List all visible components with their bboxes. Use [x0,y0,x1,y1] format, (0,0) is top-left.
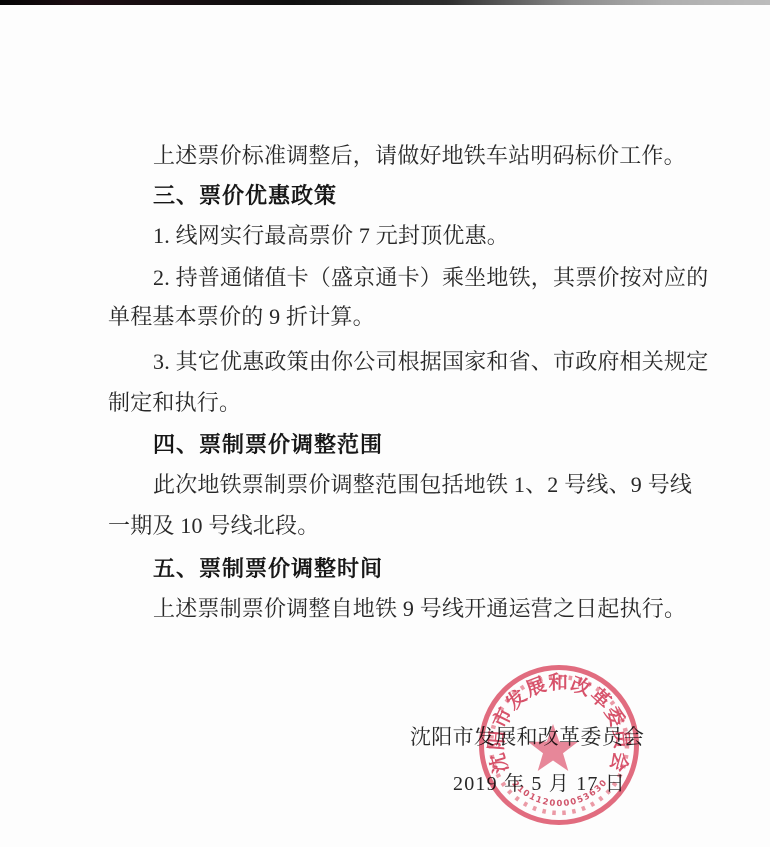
paragraph-line-cont: 一期及 10 号线北段。 [108,511,319,541]
scanned-document-page: 上述票价标准调整后，请做好地铁车站明码标价工作。 三、票价优惠政策 1. 线网实… [0,0,770,847]
official-seal: 沈阳市发展和改革委员会 210112000053630 [464,650,654,840]
list-item-2: 2. 持普通储值卡（盛京通卡）乘坐地铁，其票价按对应的 [153,263,708,293]
seal-star-icon [528,724,577,771]
paragraph-line: 上述票价标准调整后，请做好地铁车站明码标价工作。 [153,141,686,171]
list-item-1: 1. 线网实行最高票价 7 元封顶优惠。 [153,221,509,251]
paragraph-line: 上述票制票价调整自地铁 9 号线开通运营之日起执行。 [153,594,686,624]
list-item-3: 3. 其它优惠政策由你公司根据国家和省、市政府相关规定 [153,347,708,377]
section-heading-four: 四、票制票价调整范围 [153,430,383,460]
paragraph-line: 此次地铁票制票价调整范围包括地铁 1、2 号线、9 号线 [153,470,692,500]
list-item-3-cont: 制定和执行。 [108,388,241,418]
section-heading-three: 三、票价优惠政策 [153,181,337,211]
section-heading-five: 五、票制票价调整时间 [153,554,383,584]
scan-edge-artifact [0,0,770,5]
list-item-2-cont: 单程基本票价的 9 折计算。 [108,302,375,332]
